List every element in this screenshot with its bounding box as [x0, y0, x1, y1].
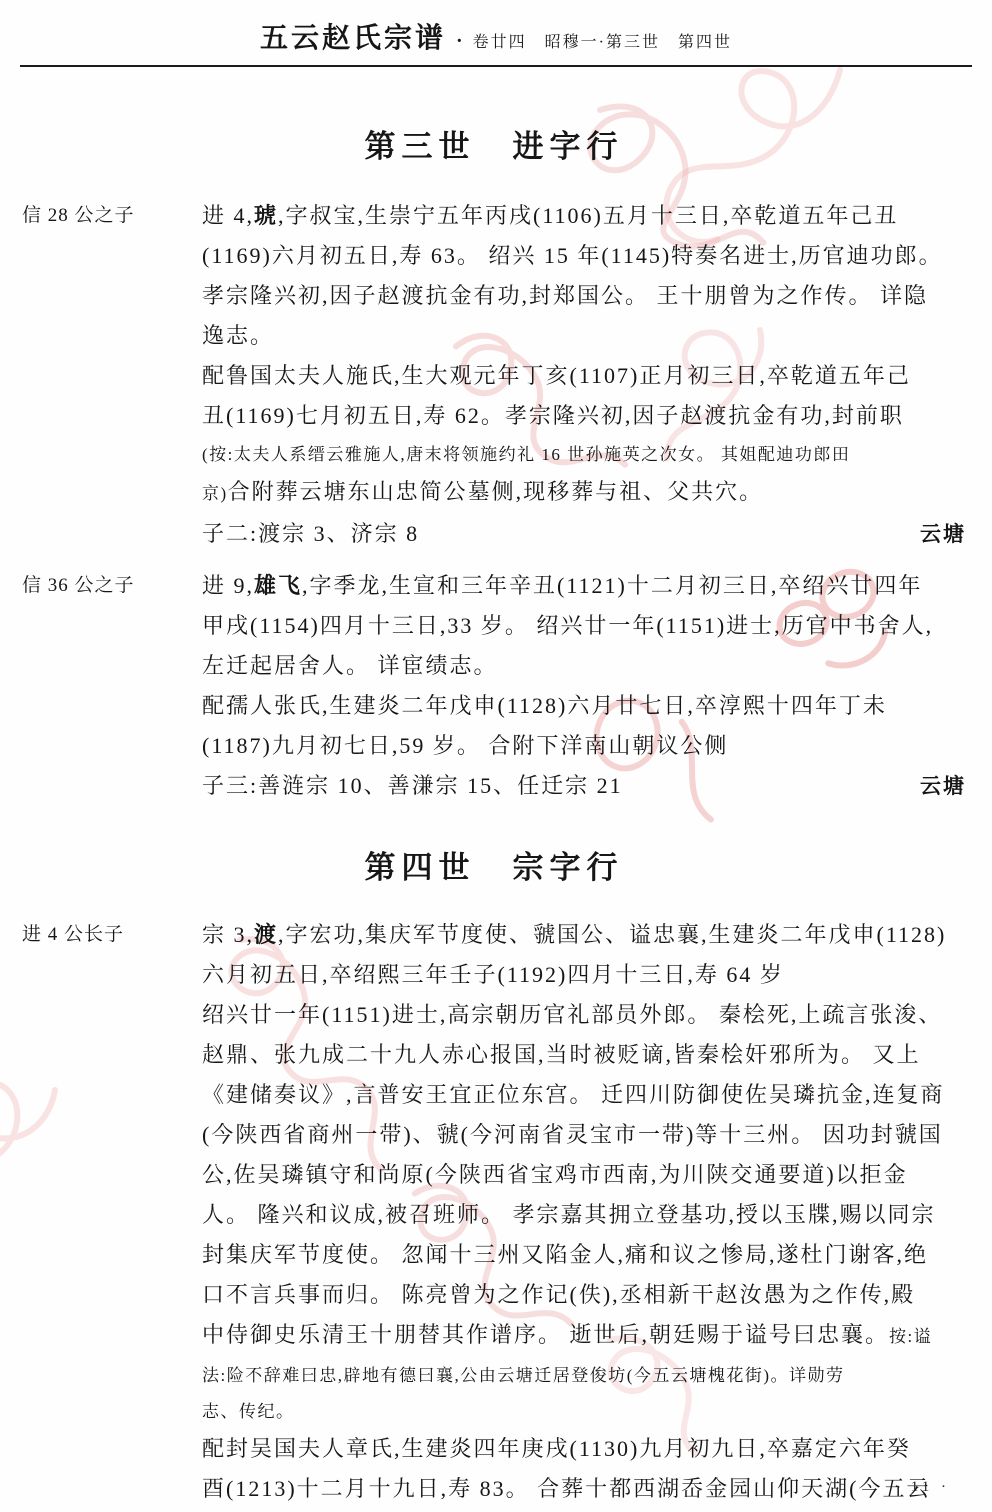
text-segment: 绍兴廿一年(1151)进士,高宗朝历官礼部员外郎。 秦桧死,上疏言张浚、 [202, 1002, 942, 1027]
text-line: 左迁起居舍人。 详宦绩志。 [202, 646, 966, 686]
line-text: (今陕西省商州一带)、虢(今河南省灵宝市一带)等十三州。 因功封虢国 [202, 1115, 966, 1155]
line-text: 公,佐吴璘镇守和尚原(今陕西省宝鸡市西南,为川陕交通要道)以拒金 [202, 1155, 966, 1195]
text-segment: 中侍御史乐清王十朋替其作谱序。 逝世后,朝廷赐于谥号曰忠襄。 [202, 1322, 889, 1347]
line-text: 配鲁国太夫人施氏,生大观元年丁亥(1107)正月初三日,卒乾道五年己 [202, 356, 966, 396]
text-segment: 人。 隆兴和议成,被召班师。 孝宗嘉其拥立登基功,授以玉牒,赐以同宗 [202, 1202, 936, 1227]
text-line: (今陕西省商州一带)、虢(今河南省灵宝市一带)等十三州。 因功封虢国 [202, 1115, 966, 1155]
text-line: 配孺人张氏,生建炎二年戊申(1128)六月廿七日,卒淳熙十四年丁未 [202, 686, 966, 726]
entry-relation-label: 信 36 公之子 [22, 566, 202, 806]
text-segment: (按:太夫人系缙云雅施人,唐末将领施约礼 16 世孙施英之次女。 其姐配迪功郎田 [202, 445, 850, 464]
text-line: 《建储奏议》,言普安王宜正位东宫。 迁四川防御使佐吴璘抗金,连复商 [202, 1075, 966, 1115]
line-text: 人。 隆兴和议成,被召班师。 孝宗嘉其拥立登基功,授以玉牒,赐以同宗 [202, 1195, 966, 1235]
entry-body: 宗 3,渡,字宏功,集庆军节度使、虢国公、谥忠襄,生建炎二年戊申(1128)六月… [202, 915, 966, 1509]
text-line: 封集庆军节度使。 忽闻十三州又陷金人,痛和议之惨局,遂杜门谢客,绝 [202, 1235, 966, 1275]
entries-fourth-generation: 进 4 公长子宗 3,渡,字宏功,集庆军节度使、虢国公、谥忠襄,生建炎二年戊申(… [22, 915, 966, 1509]
text-line: 酉(1213)十二月十九日,寿 83。 合葬十都西湖岙金园山仰天湖(今五云 [202, 1469, 966, 1509]
text-segment: 赵鼎、张九成二十九人赤心报国,当时被贬谪,皆秦桧奸邪所为。 又上 [202, 1042, 921, 1067]
text-segment: (1187)九月初七日,59 岁。 合附下洋南山朝议公侧 [202, 733, 728, 758]
text-segment: 封集庆军节度使。 忽闻十三州又陷金人,痛和议之惨局,遂杜门谢客,绝 [202, 1242, 928, 1267]
text-line: 配封吴国夫人章氏,生建炎四年庚戌(1130)九月初九日,卒嘉定六年癸 [202, 1429, 966, 1469]
text-segment: 法:险不辞难曰忠,辟地有德曰襄,公由云塘迁居登俊坊(今五云塘槐花街)。详勋劳 [202, 1366, 845, 1385]
line-text: 进 9,雄飞,字季龙,生宣和三年辛丑(1121)十二月初三日,卒绍兴廿四年 [202, 566, 966, 606]
line-text: (1169)六月初五日,寿 63。 绍兴 15 年(1145)特奏名进士,历官迪… [202, 236, 966, 276]
text-line: 人。 隆兴和议成,被召班师。 孝宗嘉其拥立登基功,授以玉牒,赐以同宗 [202, 1195, 966, 1235]
line-text: 京)合附葬云塘东山忠简公墓侧,现移葬与祖、父共穴。 [202, 472, 966, 514]
text-line: 法:险不辞难曰忠,辟地有德曰襄,公由云塘迁居登俊坊(今五云塘槐花街)。详勋劳 [202, 1357, 966, 1393]
page-number: · 11 · [894, 1479, 950, 1496]
text-line: 赵鼎、张九成二十九人赤心报国,当时被贬谪,皆秦桧奸邪所为。 又上 [202, 1035, 966, 1075]
text-line: (1169)六月初五日,寿 63。 绍兴 15 年(1145)特奏名进士,历官迪… [202, 236, 966, 276]
text-line: 逸志。 [202, 316, 966, 356]
header-separator: · [456, 30, 463, 52]
text-segment: 志、传纪。 [202, 1402, 295, 1421]
text-segment: ,字叔宝,生崇宁五年丙戌(1106)五月十三日,卒乾道五年己丑 [278, 203, 898, 228]
line-text: 配封吴国夫人章氏,生建炎四年庚戌(1130)九月初九日,卒嘉定六年癸 [202, 1429, 966, 1469]
header-divider [20, 65, 972, 67]
line-text: 赵鼎、张九成二十九人赤心报国,当时被贬谪,皆秦桧奸邪所为。 又上 [202, 1035, 966, 1075]
entry: 信 28 公之子进 4,琥,字叔宝,生崇宁五年丙戌(1106)五月十三日,卒乾道… [22, 196, 966, 554]
line-text: 配孺人张氏,生建炎二年戊申(1128)六月廿七日,卒淳熙十四年丁未 [202, 686, 966, 726]
text-line: 口不言兵事而归。 陈亮曾为之作记(佚),丞相新干赵汝愚为之作传,殿 [202, 1275, 966, 1315]
text-segment: 雄飞 [254, 573, 302, 598]
header-subtitle: 卷廿四 昭穆一·第三世 第四世 [473, 34, 732, 51]
entry: 信 36 公之子进 9,雄飞,字季龙,生宣和三年辛丑(1121)十二月初三日,卒… [22, 566, 966, 806]
text-line: 孝宗隆兴初,因子赵渡抗金有功,封郑国公。 王十朋曾为之作传。 详隐 [202, 276, 966, 316]
text-segment: 逸志。 [202, 323, 274, 348]
text-line: (1187)九月初七日,59 岁。 合附下洋南山朝议公侧 [202, 726, 966, 766]
line-text: (按:太夫人系缙云雅施人,唐末将领施约礼 16 世孙施英之次女。 其姐配迪功郎田 [202, 436, 966, 472]
section-title-fourth-generation: 第四世 宗字行 [22, 842, 966, 887]
line-text: 宗 3,渡,字宏功,集庆军节度使、虢国公、谥忠襄,生建炎二年戊申(1128) [202, 915, 966, 955]
text-segment: 孝宗隆兴初,因子赵渡抗金有功,封郑国公。 王十朋曾为之作传。 详隐 [202, 283, 928, 308]
page-header: 五云赵氏宗谱 · 卷廿四 昭穆一·第三世 第四世 [0, 0, 992, 56]
page: 五云赵氏宗谱 · 卷廿四 昭穆一·第三世 第四世 第三世 进字行 信 28 公之… [0, 0, 992, 1512]
text-line: 配鲁国太夫人施氏,生大观元年丁亥(1107)正月初三日,卒乾道五年己 [202, 356, 966, 396]
line-text: 子二:渡宗 3、济宗 8 [202, 514, 920, 554]
text-segment: 子三:善涟宗 10、善溓宗 15、任迁宗 21 [202, 773, 623, 798]
text-line: 志、传纪。 [202, 1393, 966, 1429]
line-text: 志、传纪。 [202, 1393, 966, 1429]
text-segment: 按:谥 [889, 1327, 932, 1346]
genealogy-content: 第三世 进字行 信 28 公之子进 4,琥,字叔宝,生崇宁五年丙戌(1106)五… [0, 121, 992, 1509]
text-segment: ,字季龙,生宣和三年辛丑(1121)十二月初三日,卒绍兴廿四年 [302, 573, 922, 598]
text-segment: ,字宏功,集庆军节度使、虢国公、谥忠襄,生建炎二年戊申(1128) [278, 922, 946, 947]
text-segment: 酉(1213)十二月十九日,寿 83。 合葬十都西湖岙金园山仰天湖(今五云 [202, 1476, 930, 1501]
text-line: 宗 3,渡,字宏功,集庆军节度使、虢国公、谥忠襄,生建炎二年戊申(1128) [202, 915, 966, 955]
text-line: 绍兴廿一年(1151)进士,高宗朝历官礼部员外郎。 秦桧死,上疏言张浚、 [202, 995, 966, 1035]
entry-relation-label: 进 4 公长子 [22, 915, 202, 1509]
line-text: 封集庆军节度使。 忽闻十三州又陷金人,痛和议之惨局,遂杜门谢客,绝 [202, 1235, 966, 1275]
text-line: (按:太夫人系缙云雅施人,唐末将领施约礼 16 世孙施英之次女。 其姐配迪功郎田 [202, 436, 966, 472]
line-text: 进 4,琥,字叔宝,生崇宁五年丙戌(1106)五月十三日,卒乾道五年己丑 [202, 196, 966, 236]
text-segment: 左迁起居舍人。 详宦绩志。 [202, 653, 498, 678]
text-line: 六月初五日,卒绍熙三年壬子(1192)四月十三日,寿 64 岁 [202, 955, 966, 995]
line-text: 法:险不辞难曰忠,辟地有德曰襄,公由云塘迁居登俊坊(今五云塘槐花街)。详勋劳 [202, 1357, 966, 1393]
line-text: 酉(1213)十二月十九日,寿 83。 合葬十都西湖岙金园山仰天湖(今五云 [202, 1469, 966, 1509]
line-text: 逸志。 [202, 316, 966, 356]
entry: 进 4 公长子宗 3,渡,字宏功,集庆军节度使、虢国公、谥忠襄,生建炎二年戊申(… [22, 915, 966, 1509]
text-segment: 子二:渡宗 3、济宗 8 [202, 521, 419, 546]
text-segment: 琥 [254, 203, 278, 228]
entry-body: 进 4,琥,字叔宝,生崇宁五年丙戌(1106)五月十三日,卒乾道五年己丑(116… [202, 196, 966, 554]
text-line: 公,佐吴璘镇守和尚原(今陕西省宝鸡市西南,为川陕交通要道)以拒金 [202, 1155, 966, 1195]
line-text: 《建储奏议》,言普安王宜正位东宫。 迁四川防御使佐吴璘抗金,连复商 [202, 1075, 966, 1115]
book-title: 五云赵氏宗谱 [260, 23, 446, 54]
line-text: 绍兴廿一年(1151)进士,高宗朝历官礼部员外郎。 秦桧死,上疏言张浚、 [202, 995, 966, 1035]
text-line: 子三:善涟宗 10、善溓宗 15、任迁宗 21云塘 [202, 766, 966, 806]
text-segment: 宗 3, [202, 922, 254, 947]
text-line: 中侍御史乐清王十朋替其作谱序。 逝世后,朝廷赐于谥号曰忠襄。按:谥 [202, 1315, 966, 1357]
text-segment: 配孺人张氏,生建炎二年戊申(1128)六月廿七日,卒淳熙十四年丁未 [202, 693, 887, 718]
entry-relation-label: 信 28 公之子 [22, 196, 202, 554]
text-segment: 《建储奏议》,言普安王宜正位东宫。 迁四川防御使佐吴璘抗金,连复商 [202, 1082, 945, 1107]
line-text: (1187)九月初七日,59 岁。 合附下洋南山朝议公侧 [202, 726, 966, 766]
text-line: 甲戌(1154)四月十三日,33 岁。 绍兴廿一年(1151)进士,历官中书舍人… [202, 606, 966, 646]
line-text: 六月初五日,卒绍熙三年壬子(1192)四月十三日,寿 64 岁 [202, 955, 966, 995]
line-text: 左迁起居舍人。 详宦绩志。 [202, 646, 966, 686]
text-line: 子二:渡宗 3、济宗 8云塘 [202, 514, 966, 554]
text-line: 丑(1169)七月初五日,寿 62。孝宗隆兴初,因子赵渡抗金有功,封前职 [202, 396, 966, 436]
entry-body: 进 9,雄飞,字季龙,生宣和三年辛丑(1121)十二月初三日,卒绍兴廿四年甲戌(… [202, 566, 966, 806]
text-segment: 进 4, [202, 203, 254, 228]
section-title-third-generation: 第三世 进字行 [22, 121, 966, 166]
text-line: 京)合附葬云塘东山忠简公墓侧,现移葬与祖、父共穴。 [202, 472, 966, 514]
text-segment: (今陕西省商州一带)、虢(今河南省灵宝市一带)等十三州。 因功封虢国 [202, 1122, 943, 1147]
text-segment: 配鲁国太夫人施氏,生大观元年丁亥(1107)正月初三日,卒乾道五年己 [202, 363, 911, 388]
text-segment: 京) [202, 484, 228, 503]
line-text: 口不言兵事而归。 陈亮曾为之作记(佚),丞相新干赵汝愚为之作传,殿 [202, 1275, 966, 1315]
line-text: 孝宗隆兴初,因子赵渡抗金有功,封郑国公。 王十朋曾为之作传。 详隐 [202, 276, 966, 316]
entries-third-generation: 信 28 公之子进 4,琥,字叔宝,生崇宁五年丙戌(1106)五月十三日,卒乾道… [22, 196, 966, 806]
line-text: 丑(1169)七月初五日,寿 62。孝宗隆兴初,因子赵渡抗金有功,封前职 [202, 396, 966, 436]
residence-label: 云塘 [920, 766, 966, 806]
text-segment: (1169)六月初五日,寿 63。 绍兴 15 年(1145)特奏名进士,历官迪… [202, 243, 943, 268]
text-segment: 配封吴国夫人章氏,生建炎四年庚戌(1130)九月初九日,卒嘉定六年癸 [202, 1436, 911, 1461]
text-segment: 丑(1169)七月初五日,寿 62。孝宗隆兴初,因子赵渡抗金有功,封前职 [202, 403, 904, 428]
text-segment: 公,佐吴璘镇守和尚原(今陕西省宝鸡市西南,为川陕交通要道)以拒金 [202, 1162, 908, 1187]
text-segment: 口不言兵事而归。 陈亮曾为之作记(佚),丞相新干赵汝愚为之作传,殿 [202, 1282, 915, 1307]
text-segment: 渡 [254, 922, 278, 947]
text-segment: 甲戌(1154)四月十三日,33 岁。 绍兴廿一年(1151)进士,历官中书舍人… [202, 613, 933, 638]
line-text: 中侍御史乐清王十朋替其作谱序。 逝世后,朝廷赐于谥号曰忠襄。按:谥 [202, 1315, 966, 1357]
text-segment: 进 9, [202, 573, 254, 598]
residence-label: 云塘 [920, 514, 966, 554]
text-segment: 合附葬云塘东山忠简公墓侧,现移葬与祖、父共穴。 [228, 479, 764, 504]
text-line: 进 4,琥,字叔宝,生崇宁五年丙戌(1106)五月十三日,卒乾道五年己丑 [202, 196, 966, 236]
line-text: 子三:善涟宗 10、善溓宗 15、任迁宗 21 [202, 766, 920, 806]
text-line: 进 9,雄飞,字季龙,生宣和三年辛丑(1121)十二月初三日,卒绍兴廿四年 [202, 566, 966, 606]
line-text: 甲戌(1154)四月十三日,33 岁。 绍兴廿一年(1151)进士,历官中书舍人… [202, 606, 966, 646]
text-segment: 六月初五日,卒绍熙三年壬子(1192)四月十三日,寿 64 岁 [202, 962, 784, 987]
